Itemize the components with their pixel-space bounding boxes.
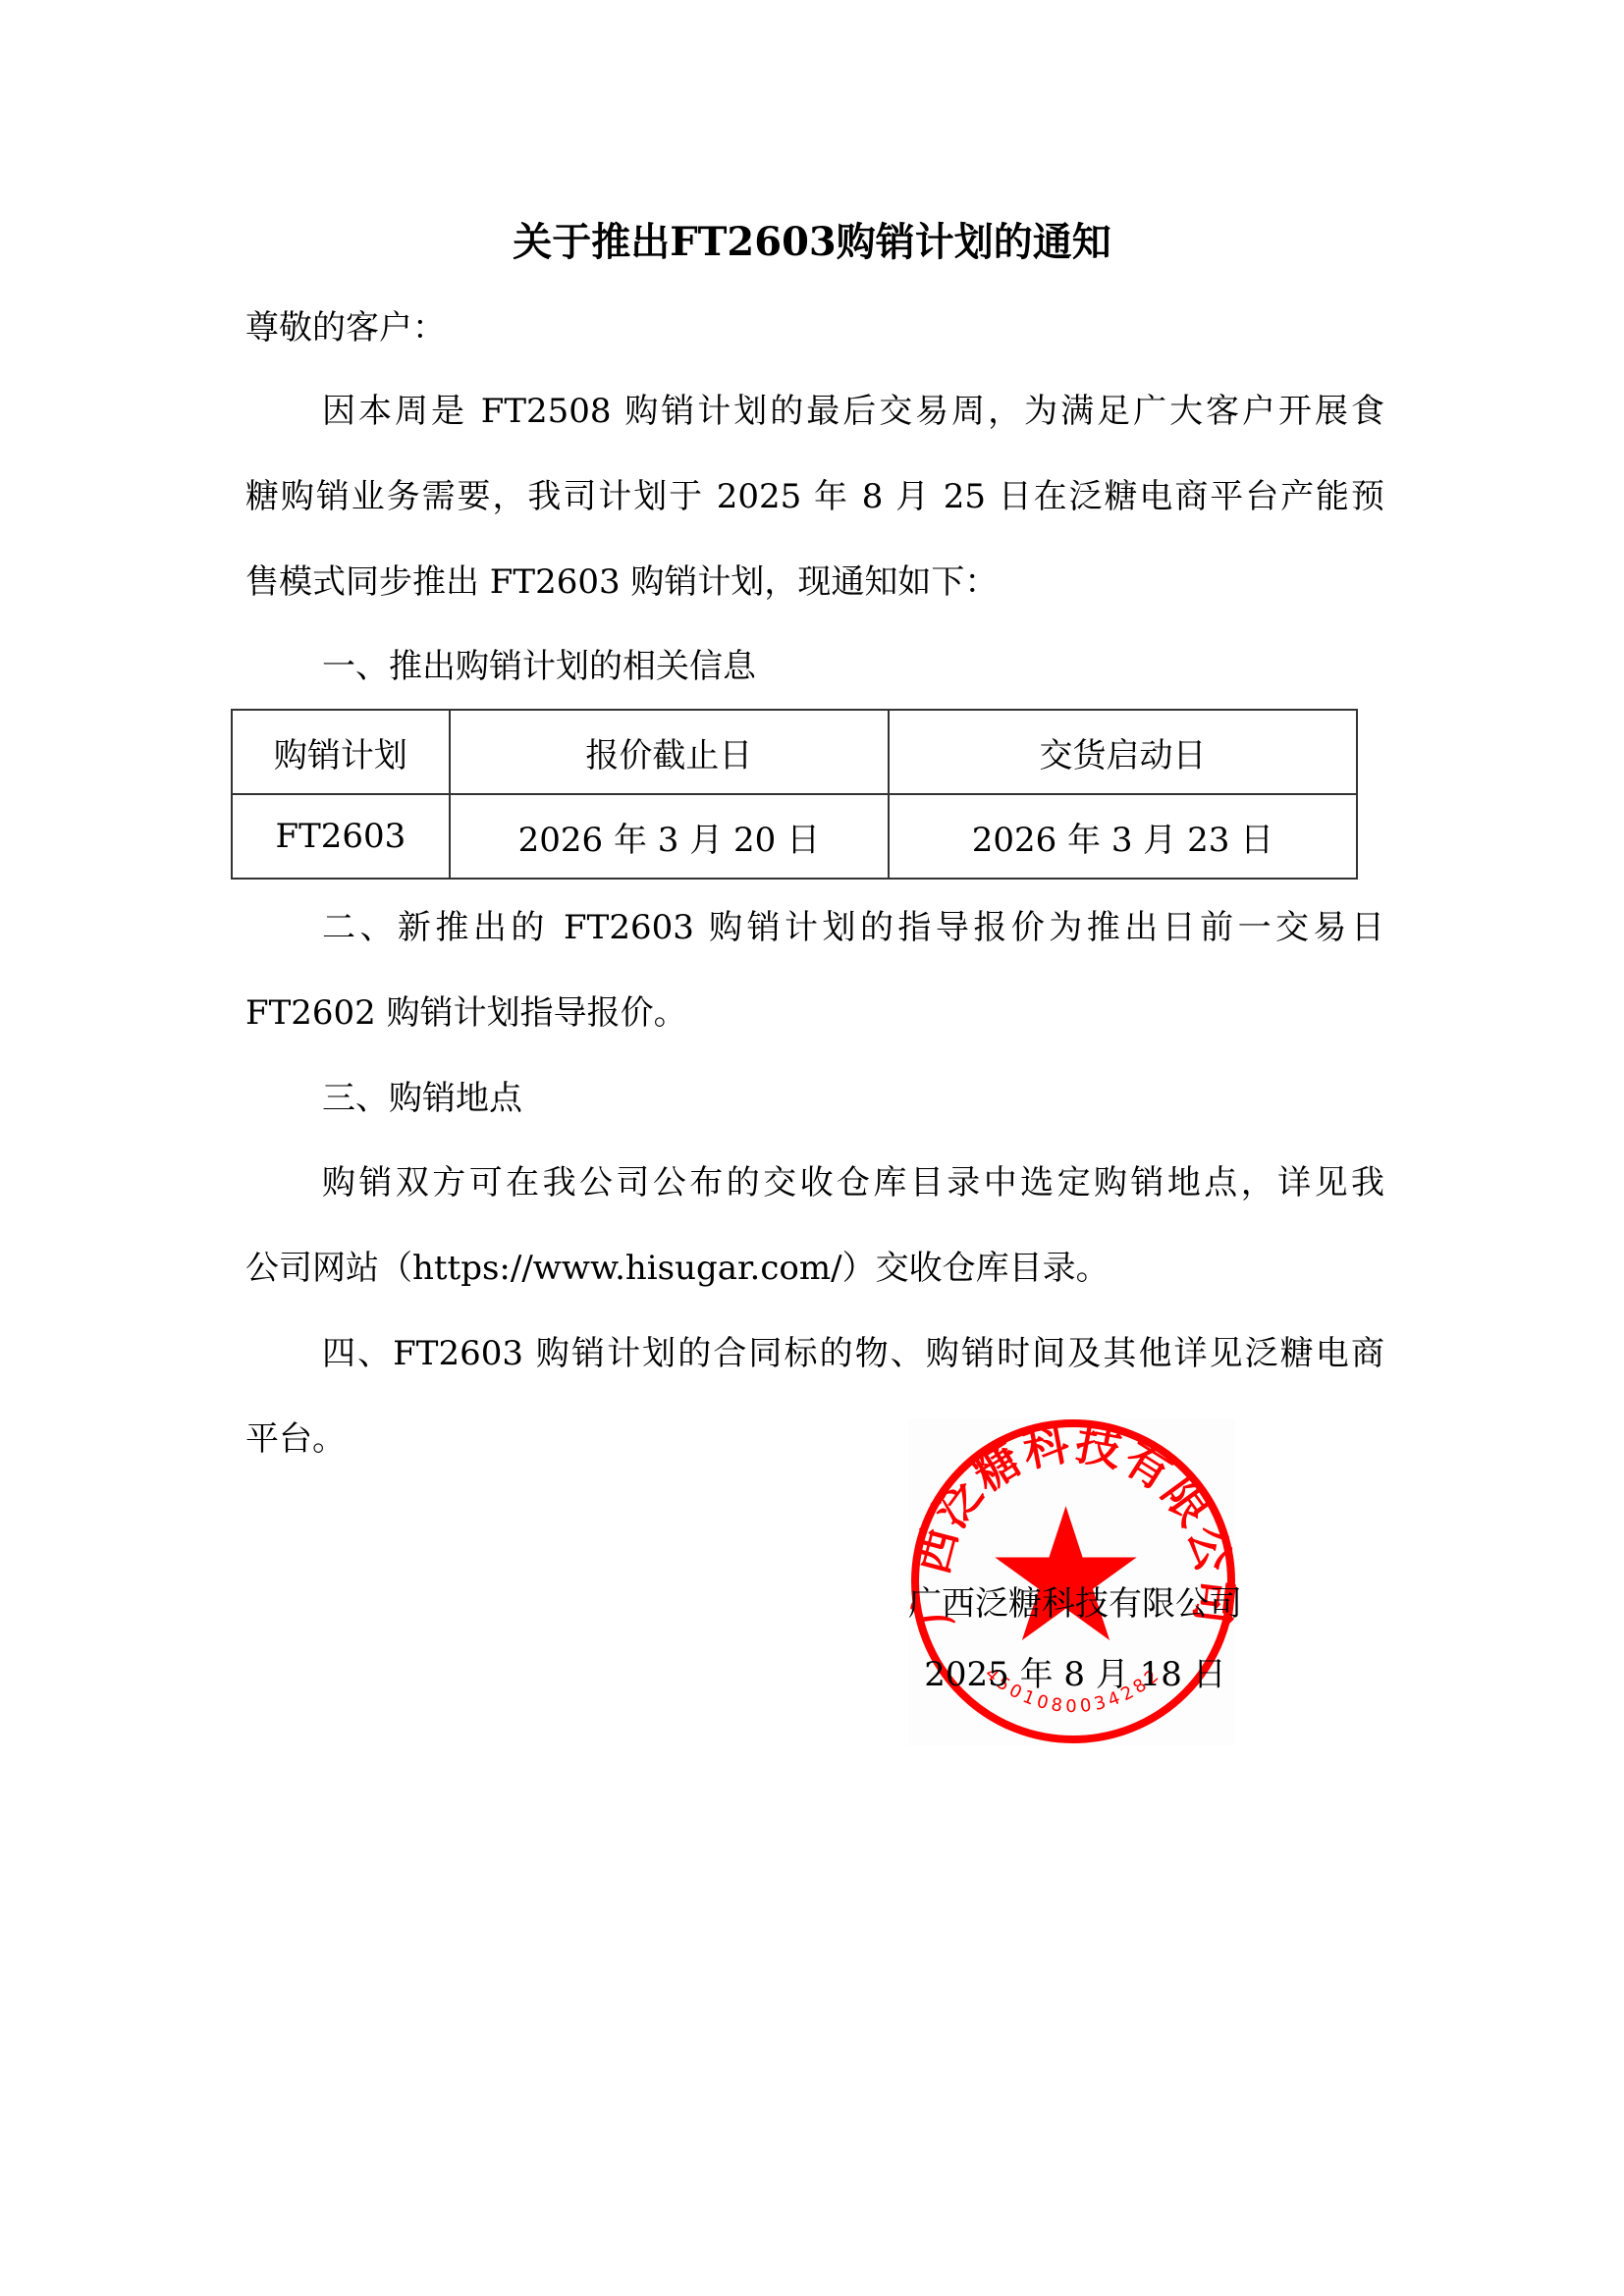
table-row: FT2603 2026 年 3 月 20 日 2026 年 3 月 23 日 xyxy=(232,794,1357,879)
section-3-line-2: 公司网站（https://www.hisugar.com/）交收仓库目录。 xyxy=(245,1247,1384,1290)
signature-company: 广西泛糖科技有限公司 xyxy=(889,1582,1262,1626)
table-header-quote-deadline: 报价截止日 xyxy=(450,710,889,794)
paragraph-1-line-3: 售模式同步推出 FT2603 购销计划，现通知如下： xyxy=(245,561,1384,604)
purchase-plan-table: 购销计划 报价截止日 交货启动日 FT2603 2026 年 3 月 20 日 … xyxy=(231,709,1358,880)
document-page: 关于推出FT2603购销计划的通知 尊敬的客户： 因本周是 FT2508 购销计… xyxy=(0,0,1624,2296)
table-header-plan: 购销计划 xyxy=(232,710,450,794)
document-title: 关于推出FT2603购销计划的通知 xyxy=(0,218,1624,267)
section-2-line-1: 二、新推出的 FT2603 购销计划的指导报价为推出日前一交易日 xyxy=(322,906,1384,949)
section-2-line-2: FT2602 购销计划指导报价。 xyxy=(245,991,1384,1035)
salutation: 尊敬的客户： xyxy=(245,306,446,349)
table-header-delivery-start: 交货启动日 xyxy=(889,710,1357,794)
section-1-heading: 一、推出购销计划的相关信息 xyxy=(322,645,756,688)
table-cell-quote-deadline: 2026 年 3 月 20 日 xyxy=(450,794,889,879)
table-header-row: 购销计划 报价截止日 交货启动日 xyxy=(232,710,1357,794)
signature-date: 2025 年 8 月 18 日 xyxy=(889,1653,1262,1696)
table-cell-delivery-start: 2026 年 3 月 23 日 xyxy=(889,794,1357,879)
paragraph-1-line-1: 因本周是 FT2508 购销计划的最后交易周，为满足广大客户开展食 xyxy=(322,390,1384,433)
table-cell-plan: FT2603 xyxy=(232,794,450,879)
section-3-line-1: 购销双方可在我公司公布的交收仓库目录中选定购销地点，详见我 xyxy=(322,1161,1384,1204)
section-3-heading: 三、购销地点 xyxy=(322,1077,522,1120)
section-4-line-1: 四、FT2603 购销计划的合同标的物、购销时间及其他详见泛糖电商 xyxy=(322,1332,1384,1375)
paragraph-1-line-2: 糖购销业务需要，我司计划于 2025 年 8 月 25 日在泛糖电商平台产能预 xyxy=(245,475,1384,518)
